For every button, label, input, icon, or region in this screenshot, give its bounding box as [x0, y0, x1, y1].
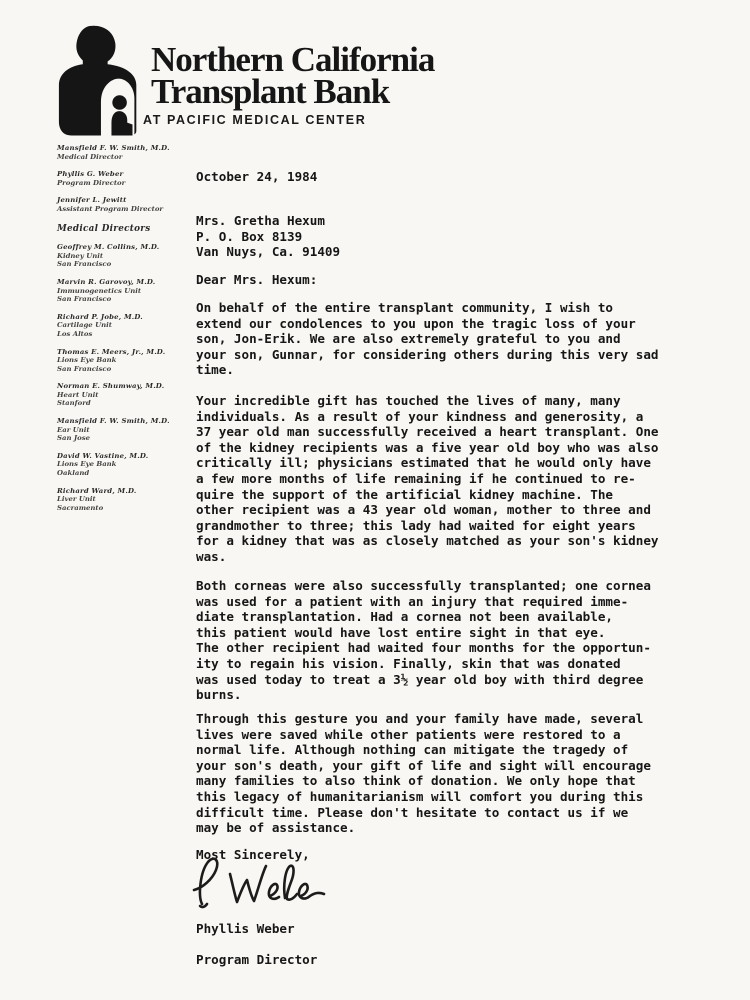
letterhead: Northern California Transplant Bank AT P…	[57, 24, 434, 138]
director-entry: Marvin R. Garovoy, M.D. Immunogenetics U…	[57, 278, 185, 304]
director-entry: Richard Ward, M.D. Liver Unit Sacramento	[57, 487, 185, 513]
org-name-line2: Transplant Bank	[151, 76, 434, 108]
director-city: San Francisco	[57, 295, 185, 304]
director-unit: Cartilage Unit	[57, 321, 185, 330]
director-name: Geoffrey M. Collins, M.D.	[57, 243, 185, 252]
director-city: San Jose	[57, 434, 185, 443]
director-name: Marvin R. Garovoy, M.D.	[57, 278, 185, 287]
director-name: David W. Vastine, M.D.	[57, 452, 185, 461]
staff-entry: Jennifer L. Jewitt Assistant Program Dir…	[57, 196, 185, 213]
director-name: Thomas E. Meers, Jr., M.D.	[57, 348, 185, 357]
recipient-address: Mrs. Gretha Hexum P. O. Box 8139 Van Nuy…	[196, 213, 340, 260]
director-entry: Mansfield F. W. Smith, M.D. Ear Unit San…	[57, 417, 185, 443]
paragraph-2: Your incredible gift has touched the liv…	[196, 393, 659, 565]
director-entry: David W. Vastine, M.D. Lions Eye Bank Oa…	[57, 452, 185, 478]
paragraph-1: On behalf of the entire transplant commu…	[196, 300, 659, 378]
letter-date: October 24, 1984	[196, 169, 317, 185]
org-tagline: AT PACIFIC MEDICAL CENTER	[143, 113, 434, 127]
staff-title: Assistant Program Director	[57, 205, 185, 214]
director-name: Norman E. Shumway, M.D.	[57, 382, 185, 391]
director-name: Richard Ward, M.D.	[57, 487, 185, 496]
director-unit: Liver Unit	[57, 495, 185, 504]
salutation: Dear Mrs. Hexum:	[196, 272, 317, 288]
director-unit: Heart Unit	[57, 391, 185, 400]
org-name-block: Northern California Transplant Bank AT P…	[143, 24, 434, 127]
staff-title: Medical Director	[57, 153, 185, 162]
director-entry: Norman E. Shumway, M.D. Heart Unit Stanf…	[57, 382, 185, 408]
director-name: Mansfield F. W. Smith, M.D.	[57, 417, 185, 426]
org-name: Northern California Transplant Bank	[151, 44, 434, 108]
staff-entry: Mansfield F. W. Smith, M.D. Medical Dire…	[57, 144, 185, 161]
scanned-letter-page: Northern California Transplant Bank AT P…	[0, 0, 750, 1000]
director-unit: Lions Eye Bank	[57, 356, 185, 365]
letterhead-sidebar: Mansfield F. W. Smith, M.D. Medical Dire…	[57, 144, 185, 521]
director-unit: Immunogenetics Unit	[57, 287, 185, 296]
signer-name: Phyllis Weber	[196, 921, 317, 937]
medical-directors-heading: Medical Directors	[57, 225, 185, 234]
director-city: Stanford	[57, 399, 185, 408]
director-city: San Francisco	[57, 260, 185, 269]
paragraph-3: Both corneas were also successfully tran…	[196, 578, 651, 703]
staff-title: Program Director	[57, 179, 185, 188]
staff-entry: Phyllis G. Weber Program Director	[57, 170, 185, 187]
director-city: Sacramento	[57, 504, 185, 513]
director-city: San Francisco	[57, 365, 185, 374]
staff-name: Phyllis G. Weber	[57, 170, 185, 179]
director-entry: Richard P. Jobe, M.D. Cartilage Unit Los…	[57, 313, 185, 339]
transplant-bank-logo-icon	[57, 24, 143, 138]
director-unit: Lions Eye Bank	[57, 460, 185, 469]
staff-name: Mansfield F. W. Smith, M.D.	[57, 144, 185, 153]
director-entry: Geoffrey M. Collins, M.D. Kidney Unit Sa…	[57, 243, 185, 269]
director-entry: Thomas E. Meers, Jr., M.D. Lions Eye Ban…	[57, 348, 185, 374]
director-unit: Kidney Unit	[57, 252, 185, 261]
director-unit: Ear Unit	[57, 426, 185, 435]
director-city: Los Altos	[57, 330, 185, 339]
director-name: Richard P. Jobe, M.D.	[57, 313, 185, 322]
signature-block: Phyllis Weber Program Director	[196, 905, 317, 983]
paragraph-4: Through this gesture you and your family…	[196, 711, 651, 836]
director-city: Oakland	[57, 469, 185, 478]
staff-name: Jennifer L. Jewitt	[57, 196, 185, 205]
signer-title: Program Director	[196, 952, 317, 968]
